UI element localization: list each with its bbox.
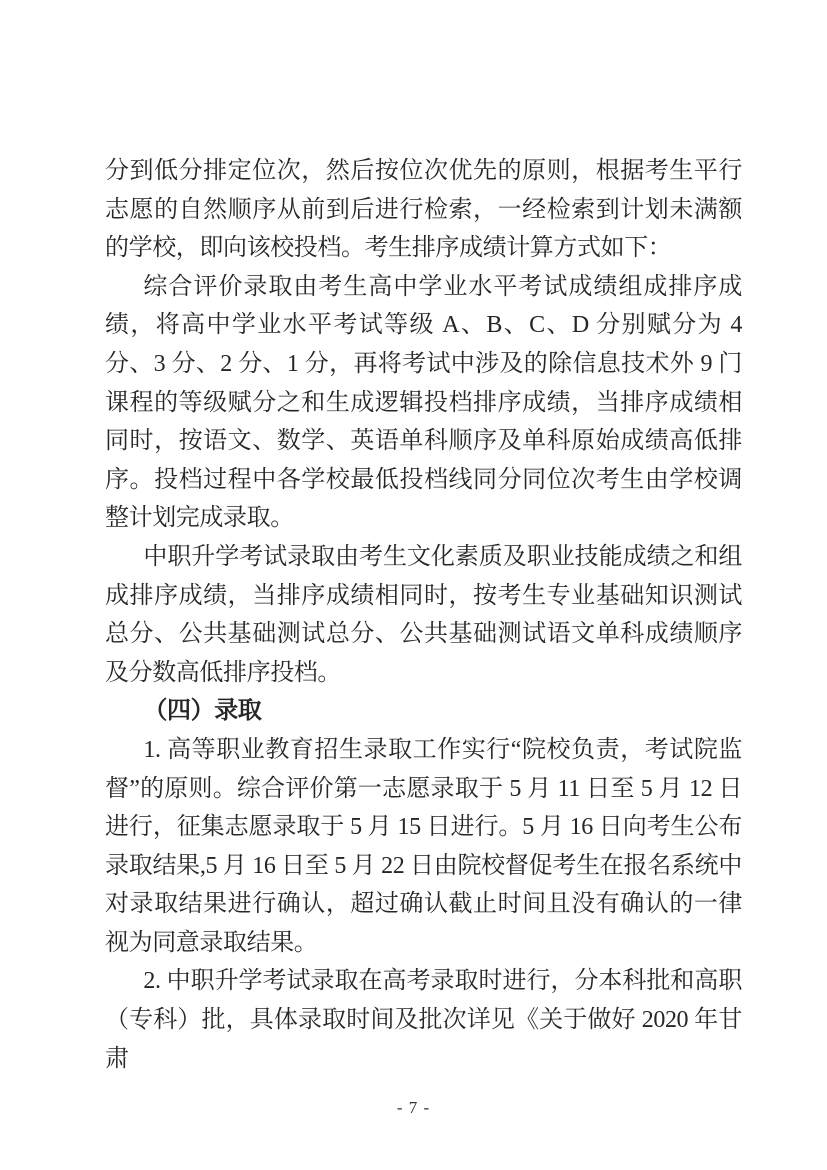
body-paragraph: 分到低分排定位次，然后按位次优先的原则，根据考生平行志愿的自然顺序从前到后进行检…	[105, 152, 742, 268]
document-page: 分到低分排定位次，然后按位次优先的原则，根据考生平行志愿的自然顺序从前到后进行检…	[0, 0, 827, 1170]
document-body: 分到低分排定位次，然后按位次优先的原则，根据考生平行志愿的自然顺序从前到后进行检…	[105, 152, 742, 1078]
body-paragraph: 1. 高等职业教育招生录取工作实行“院校负责，考试院监督”的原则。综合评价第一志…	[105, 731, 742, 963]
page-number: - 7 -	[0, 1098, 827, 1118]
body-paragraph: 中职升学考试录取由考生文化素质及职业技能成绩之和组成排序成绩，当排序成绩相同时，…	[105, 538, 742, 692]
section-heading: （四）录取	[105, 692, 742, 731]
body-paragraph: 2. 中职升学考试录取在高考录取时进行，分本科批和高职（专科）批，具体录取时间及…	[105, 962, 742, 1078]
body-paragraph: 综合评价录取由考生高中学业水平考试成绩组成排序成绩，将高中学业水平考试等级 A、…	[105, 268, 742, 538]
